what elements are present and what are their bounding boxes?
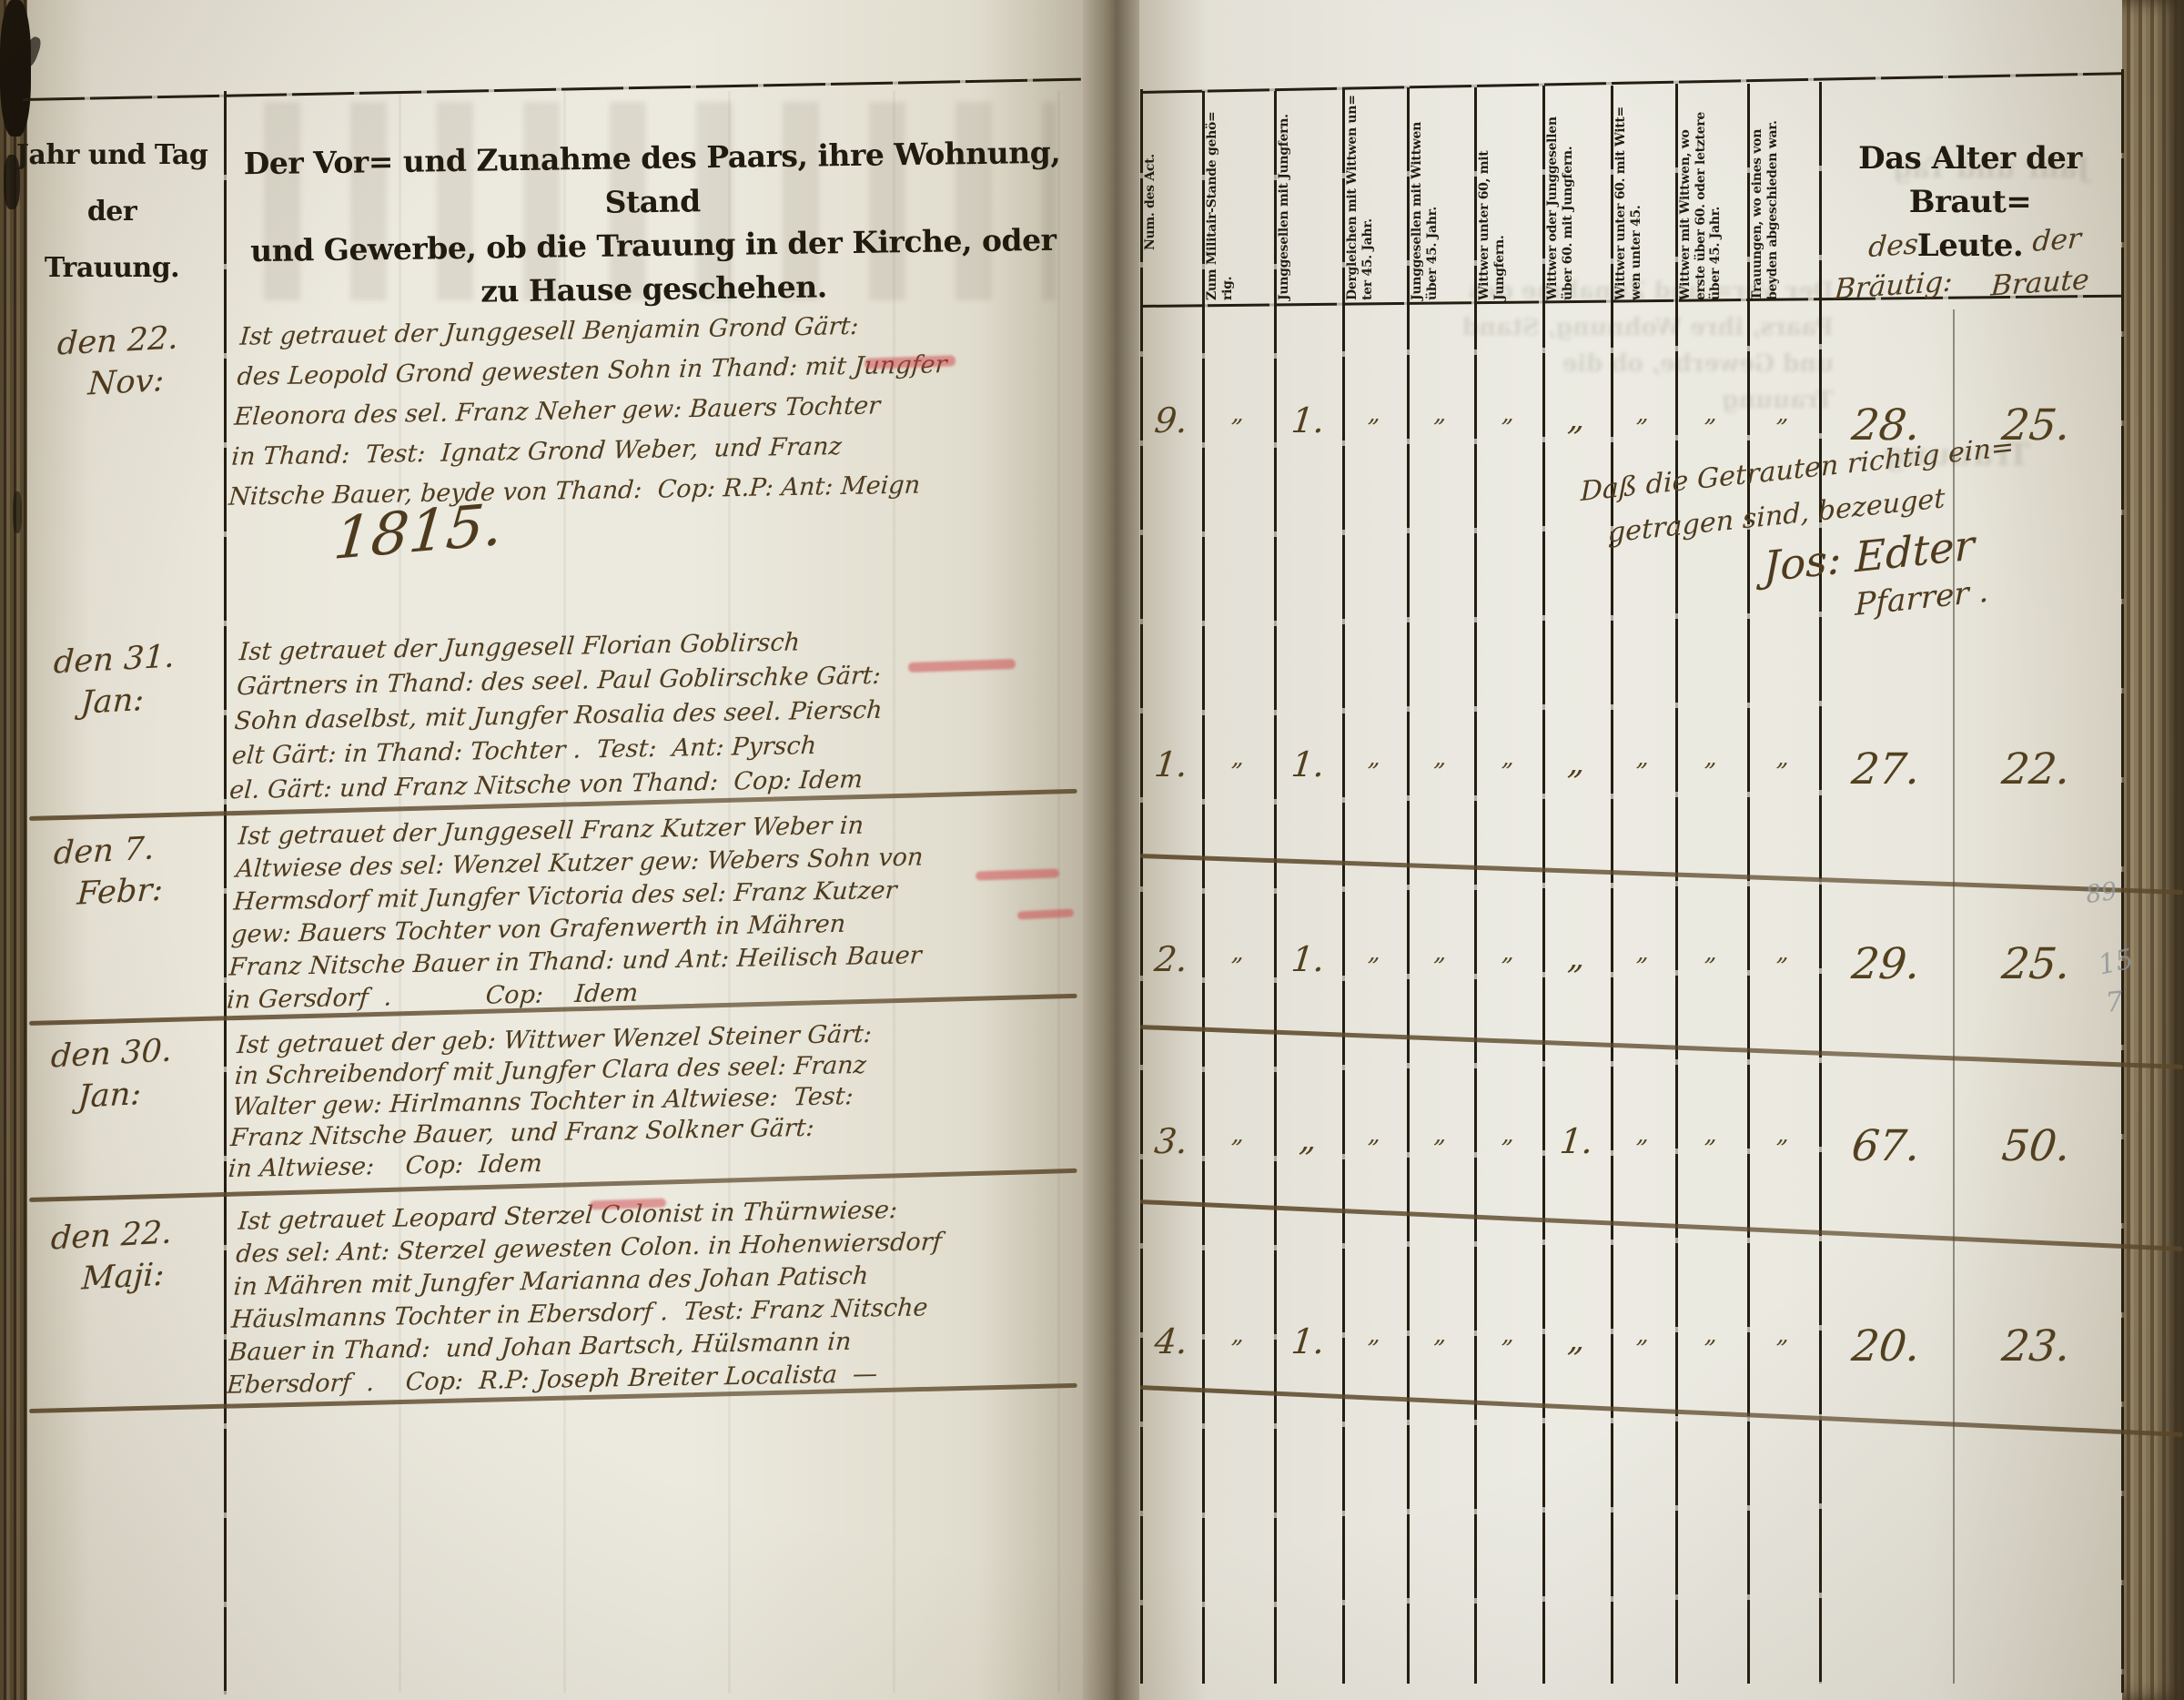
stat-cell: „ (1200, 744, 1275, 772)
age-header-line: Das Alter der Braut= (1820, 137, 2120, 224)
bride-age-label: der Braute (1989, 217, 2093, 307)
entry-5-date: den 22. Maji: (47, 1212, 173, 1302)
stat-column-line (1747, 84, 1750, 1684)
stat-cell: „ (1609, 1121, 1676, 1149)
stat-cell: „ (1673, 1121, 1748, 1149)
stat-col-header-text: Trauungen, wo eines von beyden abgeschie… (1750, 93, 1819, 300)
pencil-mark: 7 (2104, 986, 2125, 1019)
label-line: der (2031, 217, 2094, 262)
bride-age: 23. (1950, 1321, 2122, 1371)
stat-cell: 4. (1138, 1321, 1205, 1361)
stat-cell: „ (1745, 1121, 1820, 1149)
date-line: den 30. (50, 1030, 173, 1078)
date-line: Nov: (86, 359, 177, 406)
stat-col-header-4: Dergleichen mit Wittwen un= ter 45. Jahr… (1345, 91, 1407, 302)
stat-cell: „ (1472, 1121, 1543, 1149)
groom-age: 29. (1816, 939, 1956, 989)
groom-age: 20. (1816, 1321, 1956, 1371)
stat-col-header-text: Wittwer mit Wittwen, wo erste über 60. o… (1678, 93, 1747, 300)
stat-column-line (1542, 86, 1545, 1684)
book-gutter (1083, 0, 1139, 1700)
stat-col-header-10: Trauungen, wo eines von beyden abgeschie… (1750, 91, 1819, 302)
stat-cell: „ (1745, 1321, 1820, 1349)
stat-col-header-5: Junggesellen mit Wittwen über 45. Jahr. (1410, 91, 1474, 302)
stat-cell: 3. (1138, 1121, 1205, 1161)
stat-cell: „ (1541, 939, 1613, 976)
label-line: Bräutig: (1833, 262, 1954, 310)
entry-2-date: den 31. Jan: (50, 636, 176, 726)
entry-2-text: Ist getrauet der Junggesell Florian Gobl… (228, 624, 888, 808)
stat-column-line (1202, 91, 1205, 1684)
ghost-line: Paars, ihre Wohnung, Stand (1442, 309, 1834, 346)
groom-age-label: des Bräutig: (1833, 222, 1956, 310)
stat-col-header-text: Zum Militair-Stande gehö= rig. (1205, 93, 1274, 300)
entry-4-date: den 30. Jan: (47, 1030, 173, 1120)
stat-col-header-6: Wittwer unter 60, mit Jungfern. (1477, 91, 1542, 302)
date-line: den 31. (53, 636, 176, 684)
date-line: Febr: (76, 869, 164, 916)
stat-cell: „ (1541, 1321, 1613, 1359)
date-column-header-line: der (7, 184, 217, 240)
stat-cell: „ (1673, 400, 1748, 428)
entry-5-text: Ist getrauet Leopard Sterzel Colonist in… (226, 1193, 945, 1401)
stat-cell: „ (1472, 744, 1543, 772)
stat-cell: „ (1405, 400, 1475, 428)
entry-4-text: Ist getrauet der geb: Wittwer Wenzel Ste… (227, 1019, 874, 1185)
pencil-mark: 89 (2084, 877, 2118, 909)
page-edge-line (2121, 69, 2124, 1693)
stat-cell: „ (1472, 939, 1543, 966)
stat-cell: „ (1745, 939, 1820, 966)
stat-cell: 1. (1272, 939, 1345, 979)
stat-col-header-text: Num. des Act. (1143, 43, 1202, 300)
stat-cell: „ (1405, 939, 1475, 966)
stat-column-line (1675, 84, 1678, 1684)
stat-cell: 9. (1138, 400, 1205, 440)
groom-age: 27. (1816, 744, 1956, 794)
stat-col-header-text: Wittwer oder Junggesellen über 60. mit J… (1545, 93, 1611, 300)
stat-col-header-text: Junggesellen mit Wittwen über 45. Jahr. (1410, 93, 1474, 300)
date-line: Maji: (80, 1254, 170, 1300)
stat-col-header-text: Wittwer unter 60. mit Witt= wen unter 45… (1613, 93, 1675, 300)
stat-col-header-1: Num. des Act. (1143, 91, 1202, 302)
stat-col-header-text: Junggesellen mit Jungfern. (1277, 93, 1342, 300)
entry-3-text: Ist getrauet der Junggesell Franz Kutzer… (226, 808, 932, 1017)
stat-cell: „ (1405, 1121, 1475, 1149)
stat-cell: 1. (1541, 1121, 1613, 1161)
stat-col-header-text: Wittwer unter 60, mit Jungfern. (1477, 93, 1542, 300)
stat-cell: „ (1200, 1121, 1275, 1149)
date-line: Jan: (79, 678, 173, 724)
stat-cell: „ (1272, 1121, 1344, 1159)
entry-1-text: Ist getrauet der Junggesell Benjamin Gro… (227, 305, 951, 518)
stat-column-line (1140, 89, 1143, 1684)
stat-column-line (1474, 87, 1477, 1684)
stat-cell: „ (1673, 744, 1748, 772)
stat-cell: „ (1609, 939, 1676, 966)
bride-age: 25. (1950, 939, 2122, 989)
stat-cell: 2. (1138, 939, 1205, 979)
stat-cell: „ (1340, 1121, 1408, 1149)
stat-column-line (1819, 82, 1822, 1684)
stat-col-header-text: Dergleichen mit Wittwen un= ter 45. Jahr… (1345, 93, 1407, 300)
book-fore-edge (2122, 0, 2184, 1700)
stat-cell: „ (1340, 939, 1408, 966)
stat-column-line (1342, 89, 1345, 1684)
date-column-header-line: Trauung. (7, 240, 217, 297)
stat-column-line (1274, 91, 1277, 1684)
stat-column-line (1407, 87, 1410, 1684)
label-line: Braute (1989, 258, 2090, 307)
stat-cell: „ (1405, 744, 1475, 772)
stat-cell: „ (1673, 939, 1748, 966)
date-line: den 22. (56, 318, 179, 366)
stat-cell: 1. (1138, 744, 1205, 784)
bride-age: 22. (1950, 744, 2122, 794)
stat-column-line (1611, 86, 1613, 1684)
stat-cell: „ (1200, 400, 1275, 428)
stat-cell: „ (1541, 744, 1613, 782)
stat-cell: „ (1745, 400, 1820, 428)
label-line: des (1867, 222, 1957, 268)
stat-cell: „ (1541, 400, 1613, 438)
entry-3-date: den 7. Febr: (50, 827, 166, 916)
stat-row-4: 3. „ „ „ „ „ 1. „ „ „ 67. 50. (1140, 1121, 2119, 1171)
bride-age: 50. (1950, 1121, 2122, 1171)
main-column-header: Der Vor= und Zunahme des Paars, ihre Woh… (240, 131, 1067, 318)
stat-cell: „ (1472, 400, 1543, 428)
stat-cell: „ (1609, 744, 1676, 772)
stat-cell: „ (1673, 1321, 1748, 1349)
stat-cell: „ (1340, 744, 1408, 772)
ink-smudge (13, 491, 22, 533)
main-header-line: Der Vor= und Zunahme des Paars, ihre Woh… (240, 131, 1065, 230)
stat-row-3: 2. „ 1. „ „ „ „ „ „ „ 29. 25. (1140, 939, 2119, 989)
stat-cell: „ (1609, 400, 1676, 428)
stat-cell: „ (1405, 1321, 1475, 1349)
stat-cell: „ (1200, 939, 1275, 966)
stat-cell: 1. (1272, 744, 1345, 784)
stat-col-header-8: Wittwer unter 60. mit Witt= wen unter 45… (1613, 91, 1675, 302)
stat-col-header-9: Wittwer mit Wittwen, wo erste über 60. o… (1678, 91, 1747, 302)
stat-col-header-2: Zum Militair-Stande gehö= rig. (1205, 91, 1274, 302)
stat-cell: „ (1340, 400, 1408, 428)
ink-smudge (0, 0, 31, 137)
date-line: Jan: (76, 1072, 170, 1118)
entry-1-date: den 22. Nov: (54, 318, 179, 408)
date-column-divider (224, 91, 227, 1695)
stat-row-5: 4. „ 1. „ „ „ „ „ „ „ 20. 23. (1140, 1321, 2119, 1371)
stat-cell: 1. (1272, 400, 1345, 440)
stat-cell: 1. (1272, 1321, 1345, 1361)
date-line: den 22. (50, 1212, 173, 1260)
stat-cell: „ (1609, 1321, 1676, 1349)
stat-col-header-3: Junggesellen mit Jungfern. (1277, 91, 1342, 302)
stat-cell: „ (1745, 744, 1820, 772)
stat-cell: „ (1472, 1321, 1543, 1349)
date-column-header-line: Jahr und Tag (7, 127, 217, 184)
stat-col-header-7: Wittwer oder Junggesellen über 60. mit J… (1545, 91, 1611, 302)
register-book-spread: Der Vor= und Zunahme des Paars, ihre Woh… (0, 0, 2184, 1700)
stat-cell: „ (1340, 1321, 1408, 1349)
stat-row-2: 1. „ 1. „ „ „ „ „ „ „ 27. 22. (1140, 744, 2119, 794)
date-line: den 7. (53, 827, 167, 875)
groom-age: 67. (1816, 1121, 1956, 1171)
date-column-header: Jahr und Tag der Trauung. (7, 127, 217, 297)
stat-cell: „ (1200, 1321, 1275, 1349)
